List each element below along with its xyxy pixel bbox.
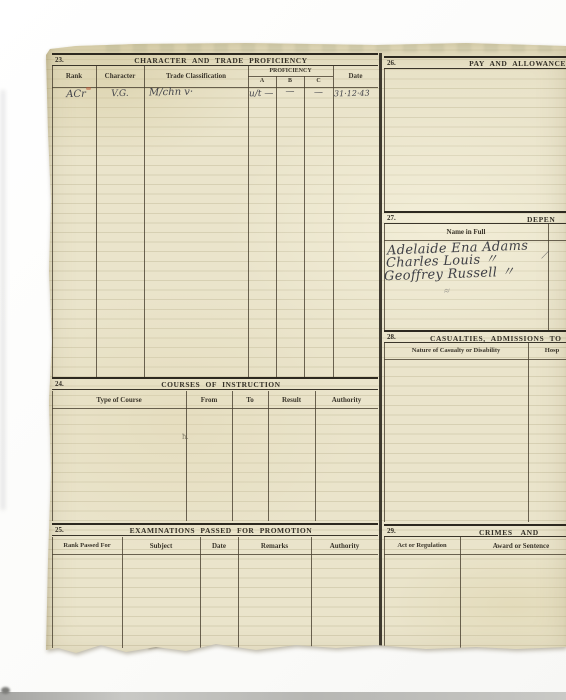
column-header-nature-of-casualty: Nature of Casualty or Disability bbox=[384, 347, 528, 354]
page-center-divider bbox=[379, 53, 382, 648]
section-29-number: 29. bbox=[384, 527, 396, 535]
red-ink-smudge bbox=[86, 87, 91, 90]
section-24-title: COURSES OF INSTRUCTION bbox=[64, 380, 378, 389]
grid-line-v bbox=[248, 66, 249, 377]
grid-line-v bbox=[384, 69, 385, 211]
grid-line-h bbox=[52, 554, 378, 555]
column-header-trade-classification: Trade Classification bbox=[144, 72, 248, 80]
scanner-edge-band bbox=[0, 692, 566, 700]
section-27-title: DEPEN bbox=[527, 215, 555, 224]
paper-shadow-wrap: 23. CHARACTER AND TRADE PROFICIENCY Rank… bbox=[46, 41, 566, 657]
bleed-through-ghost bbox=[106, 43, 556, 52]
grid-line-v bbox=[304, 76, 305, 377]
column-header-type-of-course: Type of Course bbox=[52, 396, 186, 404]
entry-proficiency-b: — bbox=[276, 87, 304, 97]
entry-character: V.G. bbox=[96, 89, 144, 100]
column-header-proficiency: PROFICIENCY bbox=[248, 68, 333, 74]
ink-smudge-left-edge bbox=[46, 177, 49, 186]
scanned-document-canvas: 23. CHARACTER AND TRADE PROFICIENCY Rank… bbox=[0, 0, 566, 700]
column-header-from: From bbox=[186, 396, 232, 404]
entry-rank: ACr bbox=[56, 89, 96, 101]
grid-line-v bbox=[315, 391, 316, 521]
section-26-number: 26. bbox=[384, 59, 396, 67]
section-28-number: 28. bbox=[384, 333, 396, 341]
grid-line-v bbox=[52, 66, 53, 377]
section-23-header: 23. CHARACTER AND TRADE PROFICIENCY bbox=[52, 53, 378, 66]
column-header-award-or-sentence: Award or Sentence bbox=[460, 542, 566, 550]
grid-line-v bbox=[548, 224, 549, 330]
grid-line-v bbox=[52, 391, 53, 521]
section-24-number: 24. bbox=[52, 380, 64, 388]
grid-line-v bbox=[186, 391, 187, 521]
column-header-authority-24: Authority bbox=[315, 396, 378, 404]
grid-line-h bbox=[384, 554, 566, 555]
stray-pencil-mark: ħ. bbox=[182, 433, 189, 441]
column-header-result: Result bbox=[268, 396, 315, 404]
column-header-authority-25: Authority bbox=[311, 542, 378, 550]
section-26-header: 26. PAY AND ALLOWANCES bbox=[384, 56, 566, 69]
column-header-character: Character bbox=[96, 72, 144, 80]
column-header-name-in-full: Name in Full bbox=[384, 228, 548, 236]
column-header-proficiency-b: B bbox=[276, 78, 304, 84]
section-24-header: 24. COURSES OF INSTRUCTION bbox=[52, 377, 378, 390]
section-29-header: 29. CRIMES AND bbox=[384, 524, 566, 537]
column-header-rank-passed-for: Rank Passed For bbox=[52, 542, 122, 549]
column-header-date-25: Date bbox=[200, 542, 238, 550]
column-header-proficiency-a: A bbox=[248, 78, 276, 84]
grid-line-v bbox=[144, 66, 145, 377]
scanner-smudge bbox=[1, 687, 10, 694]
section-27-number: 27. bbox=[384, 214, 396, 222]
section-25-header: 25. EXAMINATIONS PASSED FOR PROMOTION bbox=[52, 523, 378, 536]
column-header-subject: Subject bbox=[122, 542, 200, 550]
grid-line-h bbox=[248, 76, 333, 77]
grid-line-v bbox=[276, 76, 277, 377]
section-25-title: EXAMINATIONS PASSED FOR PROMOTION bbox=[64, 526, 378, 535]
grid-line-h bbox=[52, 408, 378, 409]
grid-line-v bbox=[384, 537, 385, 648]
section-28-header: 28. CASUALTIES, ADMISSIONS TO A bbox=[384, 330, 566, 343]
entry-proficiency-a: u/t — bbox=[249, 89, 273, 99]
grid-line-v bbox=[333, 66, 334, 377]
grid-line-v bbox=[96, 66, 97, 377]
dependant-name-3: Geoffrey Russell 〃 bbox=[384, 266, 515, 284]
grid-line-v bbox=[460, 537, 461, 648]
ink-flourish: ≈ bbox=[443, 286, 451, 297]
entry-proficiency-c: — bbox=[304, 88, 333, 99]
column-header-hospital: Hosp bbox=[532, 347, 566, 354]
column-header-date: Date bbox=[333, 72, 378, 80]
section-26-title: PAY AND ALLOWANCES bbox=[396, 59, 566, 68]
section-23-number: 23. bbox=[52, 56, 64, 64]
column-header-to: To bbox=[232, 396, 268, 404]
section-29-title: CRIMES AND bbox=[479, 528, 539, 537]
column-header-remarks: Remarks bbox=[238, 542, 311, 550]
section-25-number: 25. bbox=[52, 526, 64, 534]
section-28-title: CASUALTIES, ADMISSIONS TO A bbox=[430, 334, 566, 343]
column-header-proficiency-c: C bbox=[304, 78, 333, 84]
grid-line-v bbox=[528, 343, 529, 522]
pencil-tick-mark: ∕ bbox=[543, 247, 547, 263]
grid-line-v bbox=[268, 391, 269, 521]
grid-line-v bbox=[232, 391, 233, 521]
entry-trade-classification: M/chn v· bbox=[149, 87, 193, 99]
column-header-act-or-regulation: Act or Regulation bbox=[384, 542, 460, 549]
service-record-page: 23. CHARACTER AND TRADE PROFICIENCY Rank… bbox=[46, 41, 566, 655]
scanner-streak bbox=[1, 90, 5, 510]
section-23-title: CHARACTER AND TRADE PROFICIENCY bbox=[64, 56, 378, 65]
grid-line-h bbox=[384, 359, 566, 360]
column-header-rank: Rank bbox=[52, 72, 96, 80]
grid-line-v bbox=[384, 343, 385, 522]
section-27-header: 27. DEPEN bbox=[384, 211, 566, 224]
entry-date: 31·12·43 bbox=[334, 89, 370, 99]
